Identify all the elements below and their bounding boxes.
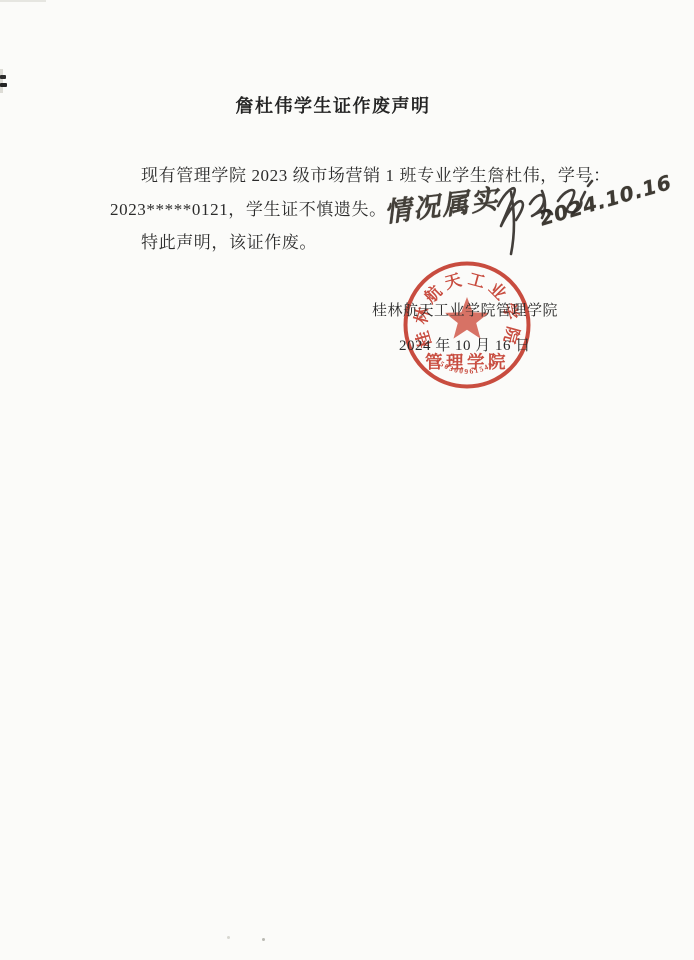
document-title: 詹杜伟学生证作废声明 [0, 92, 666, 118]
scan-artifact-dash [0, 75, 6, 79]
scan-artifact-smudge [0, 69, 3, 93]
scanned-document-page: 詹杜伟学生证作废声明 现有管理学院 2023 级市场营销 1 班专业学生詹杜伟，… [0, 0, 694, 960]
scan-artifact-top-line [0, 0, 46, 2]
official-seal: 桂林航天工业学院 管理学院 4503009615406 [397, 255, 537, 395]
scan-artifact-speck [227, 936, 230, 939]
issue-date: 2024 年 10 月 16 日 [399, 334, 531, 355]
scan-artifact-speck [262, 938, 265, 941]
body-line-3: 特此声明，该证作废。 [141, 228, 317, 253]
issuer-name: 桂林航天工业学院管理学院 [372, 299, 558, 320]
body-line-2: 2023*****0121，学生证不慎遗失。 [110, 195, 387, 220]
handwritten-signature [484, 170, 602, 262]
scan-artifact-dash [0, 83, 7, 87]
